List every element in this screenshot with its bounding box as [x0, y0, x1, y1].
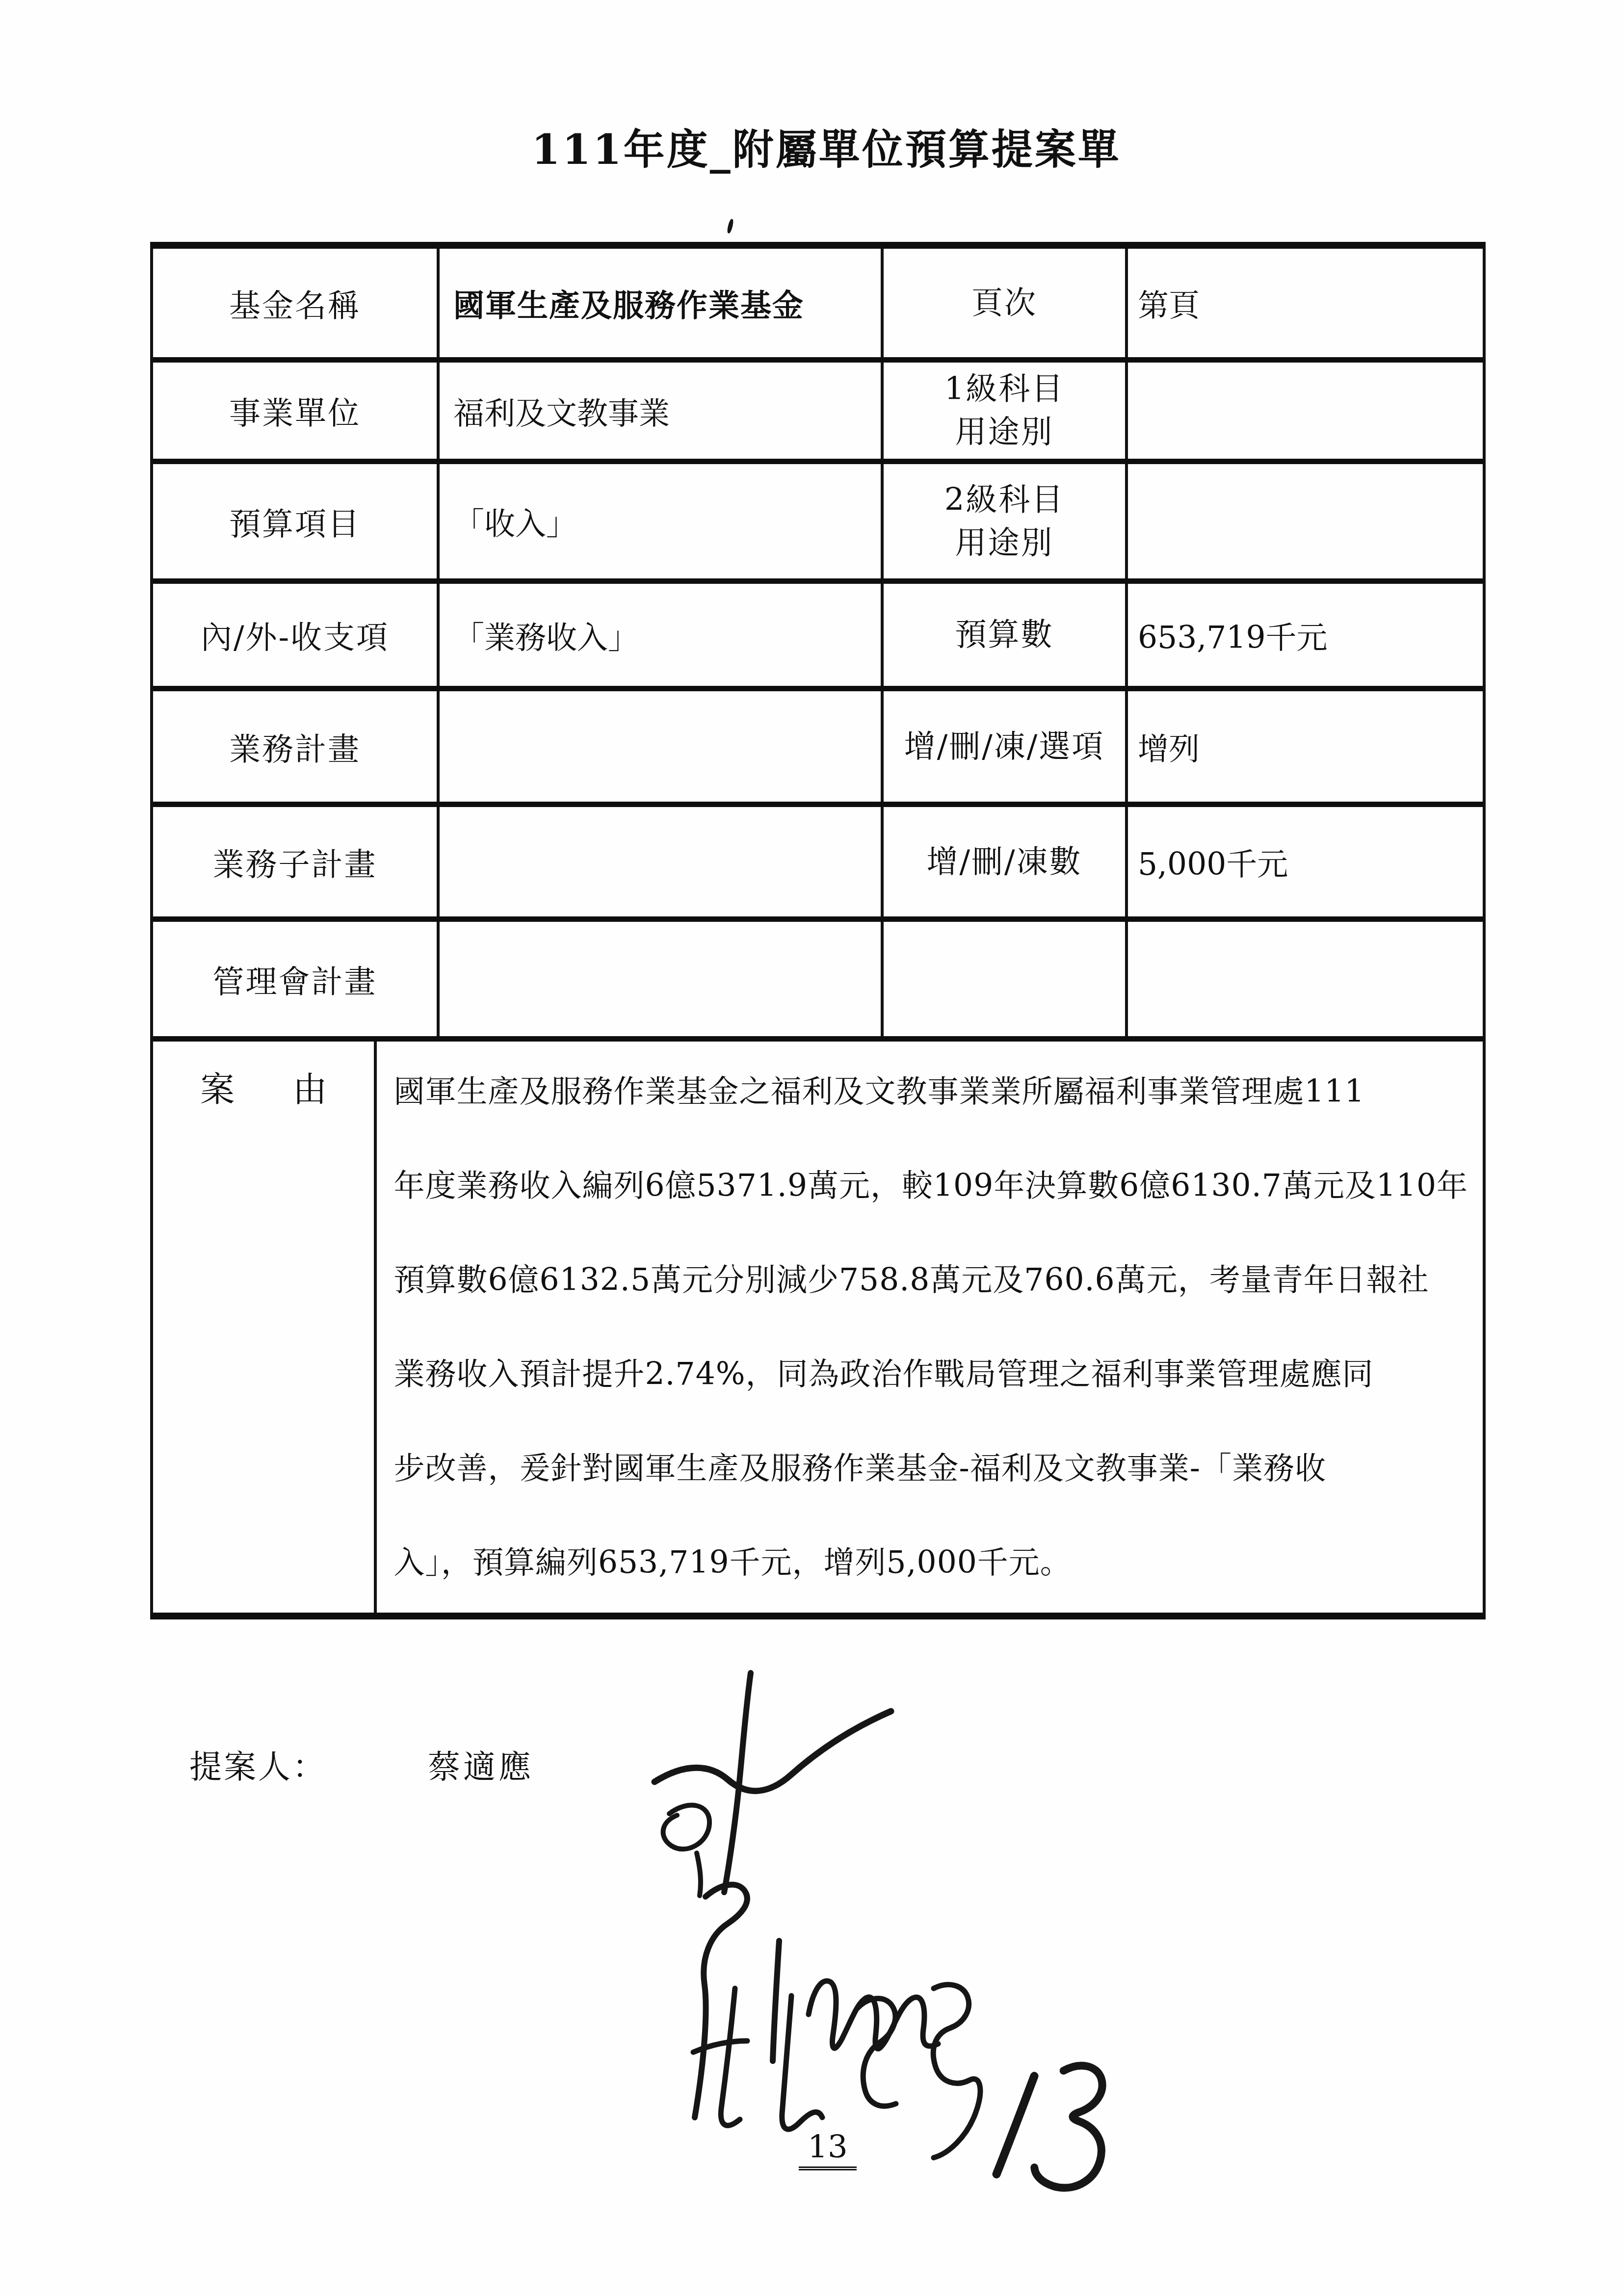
row-label-2: 增/刪/凍數 [926, 840, 1082, 884]
table-row: 業務子計畫 增/刪/凍數 5,000千元 [153, 807, 1483, 922]
table-row: 預算項目 「收入」 2級科目用途別 [153, 464, 1483, 584]
fund-name-value: 國軍生產及服務作業基金 [453, 281, 804, 325]
handwritten-page-number [974, 2036, 1140, 2215]
case-row: 案 由 國軍生產及服務作業基金之福利及文教事業業所屬福利事業管理處111 年度業… [153, 1042, 1483, 1613]
budget-item-value: 「收入」 [453, 499, 577, 544]
proposer-name: 蔡適應 [428, 1741, 534, 1787]
page-title: 111年度_附屬單位預算提案單 [150, 117, 1486, 176]
printed-page-number: 13 [799, 2129, 857, 2170]
row-label-2: 預算數 [955, 613, 1054, 656]
budget-amount-value: 653,719千元 [1138, 613, 1328, 657]
scanned-budget-proposal-form: 111年度_附屬單位預算提案單 基金名稱 國軍生產及服務作業基金 頁次 第頁 事… [0, 0, 1624, 2296]
ink-speck [727, 218, 734, 234]
row-label-2: 2級科目 [944, 478, 1065, 522]
row-label-2: 頁次 [971, 282, 1037, 325]
row-label: 業務計畫 [153, 691, 437, 802]
case-line: 業務收入預計提升2.74%，同為政治作戰局管理之福利事業管理處應同 [393, 1327, 1468, 1421]
case-line: 入」，預算編列653,719千元，增列5,000千元。 [393, 1515, 1468, 1610]
case-label: 案 由 [153, 1042, 374, 1613]
income-item-value: 「業務收入」 [453, 613, 639, 657]
row-label: 預算項目 [153, 464, 437, 578]
row-label: 事業單位 [153, 363, 437, 459]
table-row: 事業單位 福利及文教事業 1級科目用途別 [153, 363, 1483, 464]
table-row: 內/外-收支項 「業務收入」 預算數 653,719千元 [153, 584, 1483, 691]
proposer-label: 提案人： [189, 1741, 327, 1787]
action-type-value: 增列 [1138, 724, 1200, 769]
adjust-amount-value: 5,000千元 [1138, 839, 1288, 884]
table-row: 業務計畫 增/刪/凍/選項 增列 [153, 691, 1483, 807]
case-line: 國軍生產及服務作業基金之福利及文教事業業所屬福利事業管理處111 [393, 1044, 1468, 1139]
case-line: 年度業務收入編列6億5371.9萬元，較109年決算數6億6130.7萬元及11… [393, 1139, 1468, 1233]
case-description: 國軍生產及服務作業基金之福利及文教事業業所屬福利事業管理處111 年度業務收入編… [374, 1042, 1483, 1613]
row-label: 基金名稱 [153, 249, 437, 357]
row-label: 業務子計畫 [153, 807, 437, 916]
page-ref-value: 第頁 [1138, 281, 1200, 325]
row-label-2: 1級科目 [944, 367, 1065, 411]
row-label: 內/外-收支項 [153, 584, 437, 686]
table-row: 管理會計畫 [153, 922, 1483, 1042]
proposal-table: 基金名稱 國軍生產及服務作業基金 頁次 第頁 事業單位 福利及文教事業 1級科目… [150, 242, 1486, 1619]
row-label-2: 增/刪/凍/選項 [904, 725, 1105, 768]
case-line: 預算數6億6132.5萬元分別減少758.8萬元及760.6萬元，考量青年日報社 [393, 1233, 1468, 1327]
row-label: 管理會計畫 [153, 922, 437, 1036]
table-row: 基金名稱 國軍生產及服務作業基金 頁次 第頁 [153, 249, 1483, 363]
business-unit-value: 福利及文教事業 [453, 389, 670, 433]
case-line: 步改善，爰針對國軍生產及服務作業基金-福利及文教事業-「業務收 [393, 1421, 1468, 1515]
